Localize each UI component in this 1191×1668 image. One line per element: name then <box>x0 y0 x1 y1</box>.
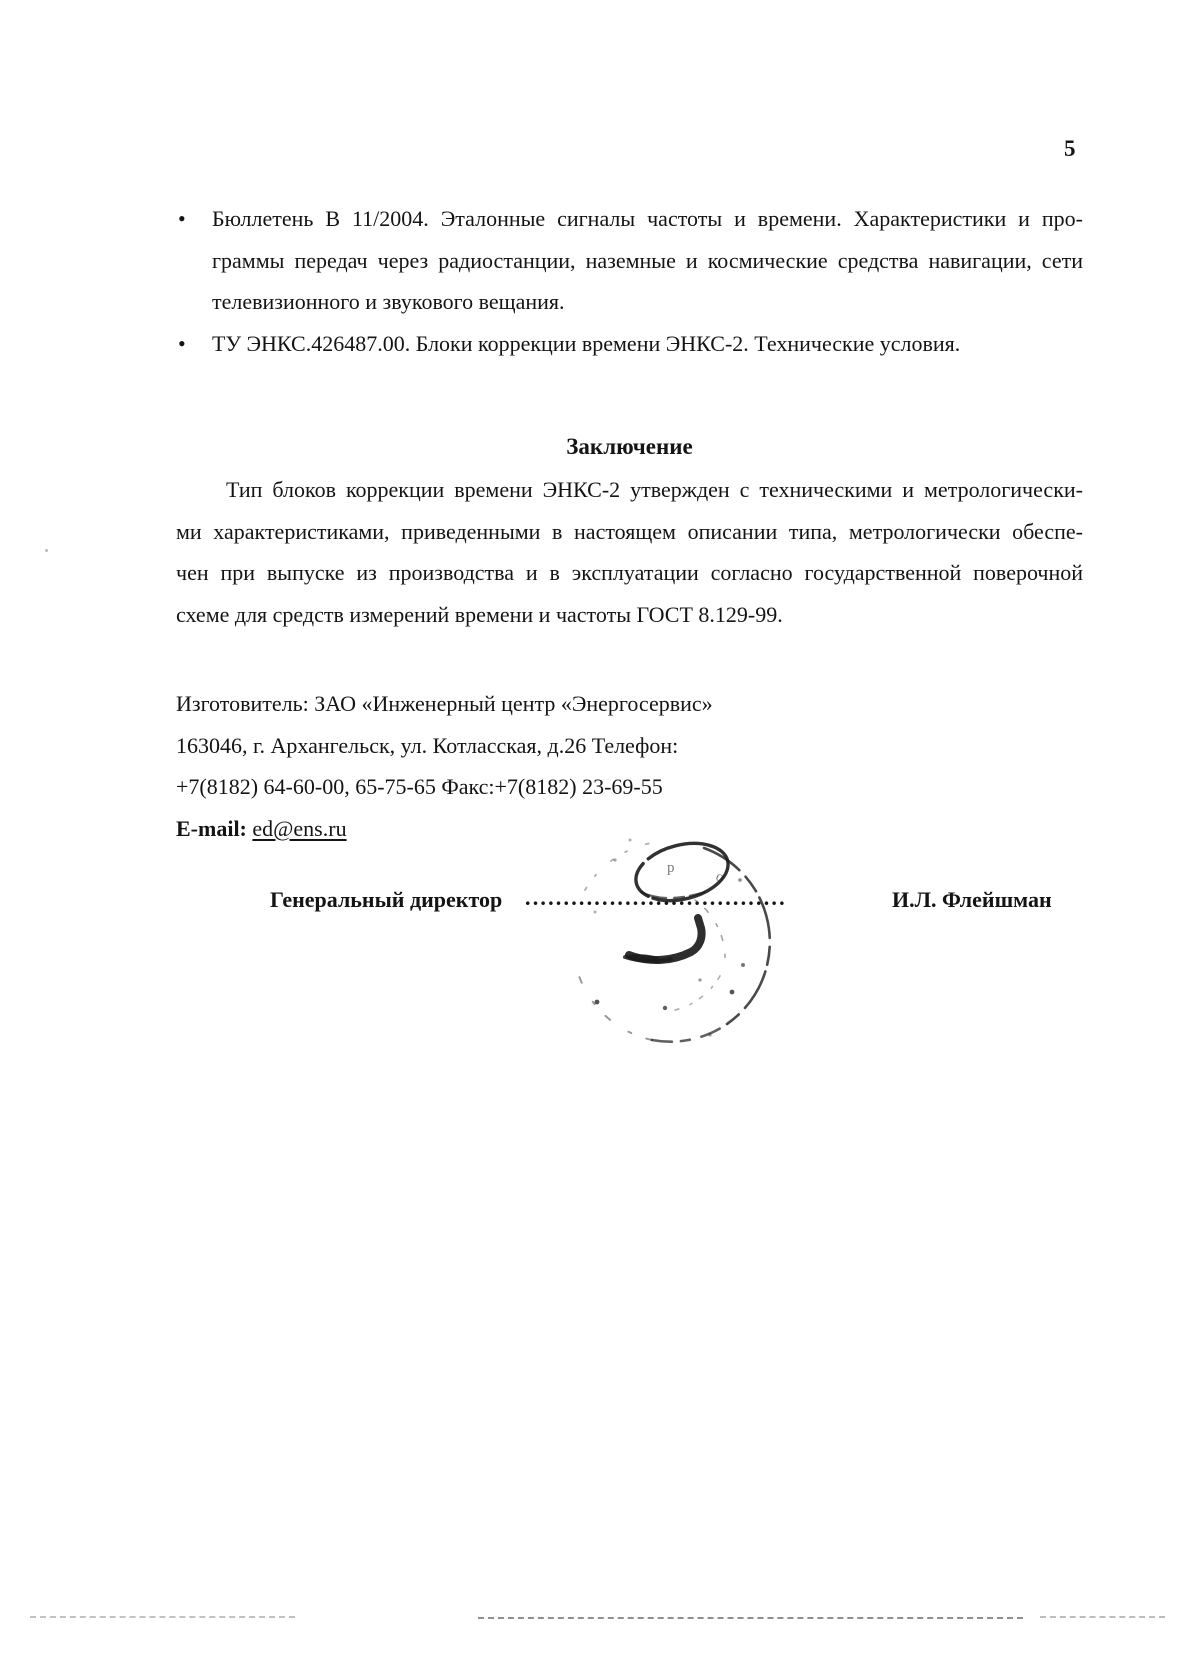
document-page: 5 • Бюллетень В 11/2004. Эталонные сигна… <box>0 0 1191 1668</box>
text-line: граммы передач через радиостанции, назем… <box>212 240 1083 282</box>
scan-artifact-line <box>30 1616 295 1618</box>
scan-speck <box>45 549 48 552</box>
references-list: • Бюллетень В 11/2004. Эталонные сигналы… <box>176 198 1083 364</box>
text-line: +7(8182) 64-60-00, 65-75-65 Факс:+7(8182… <box>176 766 1083 808</box>
list-item: • ТУ ЭНКС.426487.00. Блоки коррекции вре… <box>176 323 1083 365</box>
email-label: E-mail: <box>176 816 247 841</box>
page-number: 5 <box>1064 136 1076 162</box>
list-item: • Бюллетень В 11/2004. Эталонные сигналы… <box>176 198 1083 323</box>
text-line: телевизионного и звукового вещания. <box>212 281 1083 323</box>
text-line: Тип блоков коррекции времени ЭНКС-2 утве… <box>176 469 1083 511</box>
stamp-imprint: р о <box>555 820 795 1060</box>
text-line: Изготовитель: ЗАО «Инженерный центр «Эне… <box>176 683 1083 725</box>
conclusion-paragraph: Тип блоков коррекции времени ЭНКС-2 утве… <box>176 469 1083 635</box>
email-address: ed@ens.ru <box>252 816 346 841</box>
reference-text: Бюллетень В 11/2004. Эталонные сигналы ч… <box>212 198 1083 323</box>
reference-text: ТУ ЭНКС.426487.00. Блоки коррекции време… <box>212 323 1083 365</box>
text-line: Бюллетень В 11/2004. Эталонные сигналы ч… <box>212 198 1083 240</box>
bullet-marker: • <box>178 198 186 240</box>
text-line: чен при выпуске из производства и в эксп… <box>176 552 1083 594</box>
section-heading: Заключение <box>176 434 1083 460</box>
signer-role: Генеральный директор <box>270 887 502 913</box>
stamp-glyph: р <box>667 860 675 876</box>
text-line: схеме для средств измерений времени и ча… <box>176 594 1083 636</box>
scan-artifact-line <box>478 1617 1023 1619</box>
signer-name: И.Л. Флейшман <box>892 887 1052 913</box>
manufacturer-lines: Изготовитель: ЗАО «Инженерный центр «Эне… <box>176 683 1083 808</box>
scan-artifact-line <box>1040 1616 1165 1618</box>
text-line: ми характеристиками, приведенными в наст… <box>176 511 1083 553</box>
text-line: 163046, г. Архангельск, ул. Котласская, … <box>176 725 1083 767</box>
bullet-marker: • <box>178 323 186 365</box>
text-line: ТУ ЭНКС.426487.00. Блоки коррекции време… <box>212 323 1083 365</box>
